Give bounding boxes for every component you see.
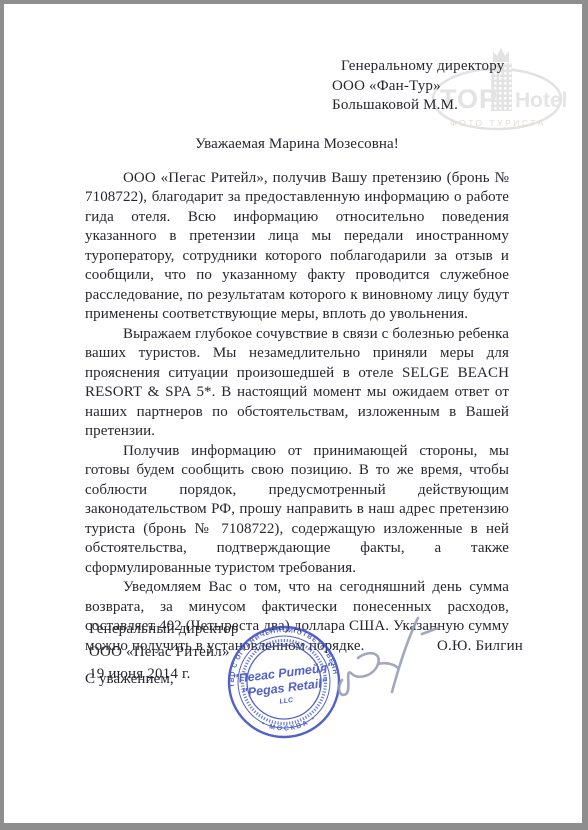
scanned-letter-page: TOP Hotels ФОТО ТУРИСТА Генеральному дир… bbox=[4, 4, 582, 823]
watermark-hotels-text: Hotels bbox=[515, 89, 568, 112]
watermark-subtitle: ФОТО ТУРИСТА bbox=[450, 118, 546, 128]
recipient-person: Большаковой М.М. bbox=[332, 96, 504, 116]
recipient-block: Генеральному директору ООО «Фан-Тур» Бол… bbox=[332, 57, 504, 116]
salutation: Уважаемая Марина Мозесовна! bbox=[85, 135, 509, 155]
stamp-center-line3: LLC bbox=[279, 697, 294, 706]
body-paragraph-3: Получив информацию от принимающей сторон… bbox=[85, 442, 509, 579]
body-paragraph-2: Выражаем глубокое сочувствие в связи с б… bbox=[85, 325, 509, 442]
body-paragraph-1: ООО «Пегас Ритейл», получив Вашу претенз… bbox=[85, 169, 509, 325]
recipient-company: ООО «Фан-Тур» bbox=[332, 77, 504, 97]
letter-date: 19 июня 2014 г. bbox=[89, 663, 239, 686]
handwritten-signature bbox=[334, 606, 450, 706]
recipient-title: Генеральному директору bbox=[341, 57, 504, 77]
company-stamp: ОБЩЕСТВО С ОГРАНИЧЕННОЙ ОТВЕТСТВЕННОСТЬЮ… bbox=[215, 612, 353, 752]
